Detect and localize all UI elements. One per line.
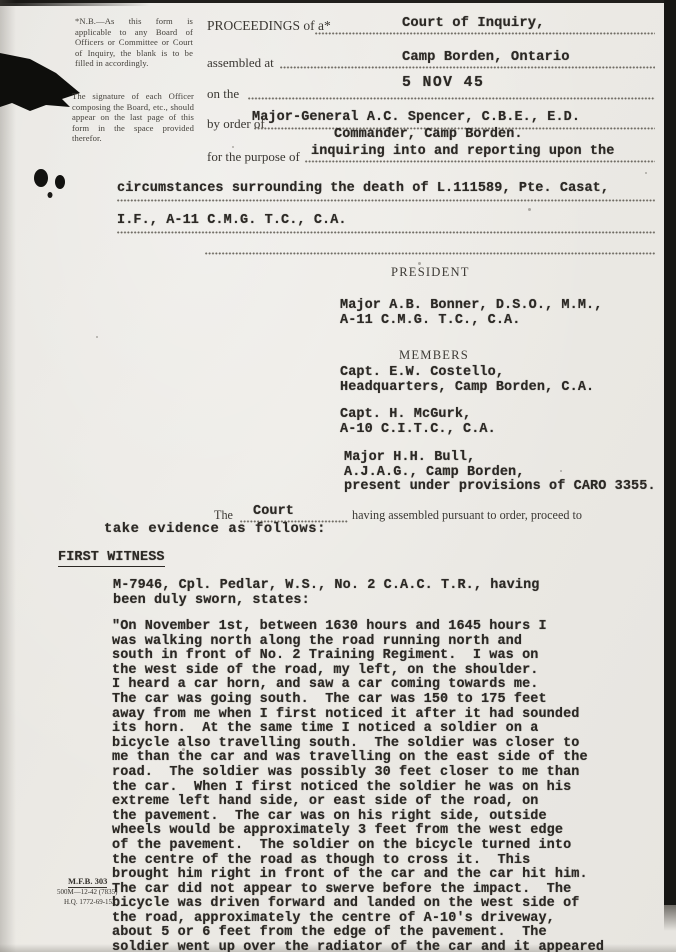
form-mark-hq-number: H.Q. 1772-69-153 <box>64 898 116 906</box>
margin-note-signature: The signature of each Officer composing … <box>72 91 194 144</box>
first-witness-heading: FIRST WITNESS <box>58 550 165 567</box>
dotted-line <box>315 32 655 35</box>
form-mark-print-run: 500M—12-42 (7835) <box>57 888 117 896</box>
member-costello: Capt. E.W. Costello, Headquarters, Camp … <box>340 366 594 395</box>
form-mark-mfb: M.F.B. 303 <box>68 876 107 888</box>
scan-edge-top-left <box>0 0 150 6</box>
proceedings-value: Court of Inquiry, <box>402 16 544 31</box>
scan-edge-right-fade <box>664 905 676 931</box>
dotted-line <box>117 199 655 202</box>
assembly-typed-continuation: take evidence as follows: <box>104 522 326 537</box>
assembly-typed-word: Court <box>253 504 294 519</box>
president-name: Major A.B. Bonner, D.S.O., M.M., A-11 C.… <box>340 299 602 328</box>
members-heading: MEMBERS <box>399 348 469 363</box>
member-mcgurk: Capt. H. McGurk, A-10 C.I.T.C., C.A. <box>340 408 496 437</box>
witness-intro: M-7946, Cpl. Pedlar, W.S., No. 2 C.A.C. … <box>113 579 539 608</box>
dotted-line <box>248 97 655 100</box>
paper-speck <box>232 146 234 148</box>
paper-speck <box>96 336 98 338</box>
assembly-post-label: having assembled pursuant to order, proc… <box>352 508 582 523</box>
assembled-at-label: assembled at <box>207 55 274 71</box>
purpose-label: for the purpose of <box>207 149 300 165</box>
dotted-line <box>117 231 655 234</box>
assembly-pre-label: The <box>214 508 233 523</box>
purpose-continuation-2: I.F., A-11 C.M.G. T.C., C.A. <box>117 213 347 228</box>
paper-speck <box>528 208 531 211</box>
purpose-value: inquiring into and reporting upon the <box>311 144 614 159</box>
order-value-line2: Commander, Camp Borden. <box>334 127 523 142</box>
purpose-continuation-1: circumstances surrounding the death of L… <box>117 181 609 196</box>
margin-note-applicability: *N.B.—As this form is applicable to any … <box>75 16 193 69</box>
assembled-at-value: Camp Borden, Ontario <box>402 50 570 65</box>
date-stamp: 5 NOV 45 <box>402 75 484 91</box>
date-label: on the <box>207 86 239 102</box>
scan-edge-right <box>664 0 676 905</box>
order-value-line1: Major-General A.C. Spencer, C.B.E., E.D. <box>252 110 580 125</box>
witness-testimony: "On November 1st, between 1630 hours and… <box>112 620 604 952</box>
paper-speck <box>645 172 647 174</box>
member-bull: Major H.H. Bull, A.J.A.G., Camp Borden, … <box>344 451 656 495</box>
section-separator-dotted-line <box>205 252 655 255</box>
dotted-line <box>305 160 655 163</box>
proceedings-label: PROCEEDINGS of a* <box>207 18 331 34</box>
president-heading: PRESIDENT <box>391 265 470 280</box>
scanned-document-page: *N.B.—As this form is applicable to any … <box>0 0 676 952</box>
dotted-line <box>280 66 655 69</box>
